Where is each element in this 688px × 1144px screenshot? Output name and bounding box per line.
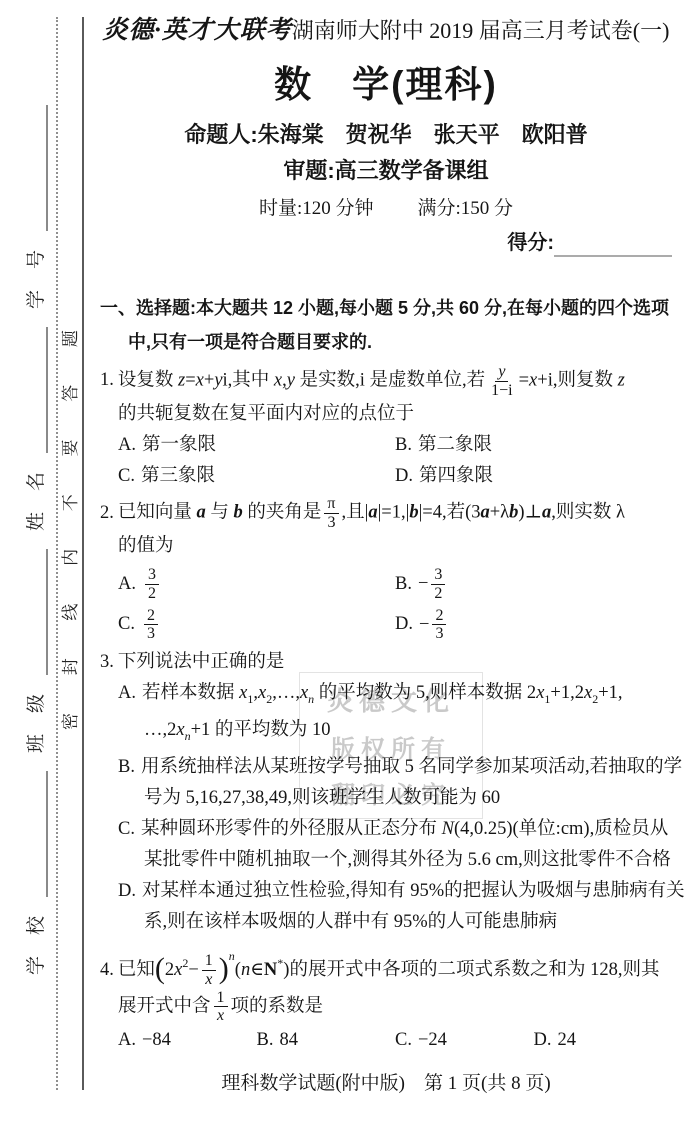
class-label: 班 级 — [21, 693, 48, 753]
text-run: ,且| — [342, 503, 369, 523]
option-cell: C.23 — [118, 607, 395, 643]
subscript-group: x1 — [536, 683, 550, 703]
duration: 时量:120 分钟 — [259, 198, 374, 219]
text-run: 项的系数是 — [231, 996, 324, 1016]
score-blank-line — [554, 235, 672, 257]
text-run: + — [204, 370, 214, 390]
text-run: 的夹角是 — [243, 503, 322, 523]
text-run: +1 的平均数为 10 — [191, 720, 331, 740]
sub-base: x — [300, 683, 308, 703]
option-cell: B.第二象限 — [395, 430, 672, 461]
section-header-line1: 一、选择题:本大题共 12 小题,每小题 5 分,共 60 分,在每小题的四个选… — [100, 291, 672, 325]
math-run: N — [442, 819, 454, 839]
subscript-group: xn — [300, 683, 314, 703]
math-run: y — [287, 370, 295, 390]
option-label: D. — [118, 881, 136, 901]
option-cell: B.84 — [257, 1025, 396, 1056]
option-line: C.某种圆环形零件的外径服从正态分布 N(4,0.25)(单位:cm),质检员从 — [118, 814, 672, 845]
option-cell: A.32 — [118, 566, 395, 602]
seal-char: 答 — [56, 385, 81, 402]
section-header-line2: 中,只有一项是符合题目要求的. — [128, 325, 672, 359]
seal-char: 线 — [56, 604, 81, 621]
text-run: 已知向量 — [118, 503, 197, 523]
text-run: +i,则复数 — [537, 370, 617, 390]
text-run: 对某样本通过独立性检验,得知有 95%的把握认为吸烟与患肺病有关 — [142, 881, 685, 901]
fraction-numerator: 2 — [432, 607, 446, 626]
school-blank-line — [24, 771, 48, 897]
text-run: )的展开式中各项的二项式系数之和为 128,则其 — [283, 960, 659, 980]
text-run: − — [188, 960, 198, 980]
text-run: |=1,| — [378, 503, 410, 523]
seal-char: 题 — [56, 330, 81, 347]
text-run: 第四象限 — [419, 466, 493, 486]
option-line: D.对某样本通过独立性检验,得知有 95%的把握认为吸烟与患肺病有关 — [118, 876, 672, 907]
fraction: 32 — [431, 566, 445, 602]
fraction-numerator: y — [495, 363, 508, 382]
text-run: 下列说法中正确的是 — [118, 652, 285, 672]
fraction: y1−i — [488, 363, 515, 399]
section-one-header: 一、选择题:本大题共 12 小题,每小题 5 分,共 60 分,在每小题的四个选… — [100, 291, 672, 359]
fraction: π3 — [324, 495, 338, 531]
text-run: 用系统抽样法从某班按学号抽取 5 名同学参加某项活动,若抽取的学 — [141, 757, 682, 777]
text-run: −84 — [142, 1030, 171, 1050]
fraction-denominator: 3 — [324, 514, 338, 532]
text-run: 第二象限 — [418, 435, 492, 455]
option-label: A. — [118, 683, 136, 703]
exam-series-title: 炎德·英才大联考湖南师大附中 2019 届高三月考试卷(一) — [100, 14, 672, 51]
fraction-denominator: x — [214, 1007, 227, 1025]
text-run: ∈ — [250, 960, 264, 980]
vector-run: a — [368, 503, 377, 523]
option-cell: D.24 — [534, 1025, 673, 1056]
option-label: B. — [257, 1030, 274, 1050]
text-run: 设复数 — [118, 370, 178, 390]
math-run: n — [241, 960, 250, 980]
text-run: 第一象限 — [142, 435, 216, 455]
name-label: 姓 名 — [21, 471, 48, 531]
school-label: 学 校 — [21, 915, 48, 975]
option-label: B. — [118, 757, 135, 777]
text-run: 的平均数为 5,则样本数据 2 — [314, 683, 536, 703]
text-run: 系,则在该样本吸烟的人群中有 95%的人可能患肺病 — [144, 912, 557, 932]
option-cell: C.第三象限 — [118, 461, 395, 492]
seal-char: 内 — [56, 549, 81, 566]
seal-char: 不 — [56, 494, 81, 511]
vector-run: b — [234, 503, 243, 523]
text-run: ,则实数 λ — [551, 503, 625, 523]
question-line: 2.已知向量 a 与 b 的夹角是π3,且|a|=1,|b|=4,若(3a+λb… — [100, 495, 672, 531]
option-cell: C.−24 — [395, 1025, 534, 1056]
option-cell: D.−23 — [395, 607, 672, 643]
fraction-denominator: 1−i — [488, 382, 515, 400]
text-run: +λ — [490, 503, 509, 523]
exam-title-rest: 湖南师大附中 2019 届高三月考试卷(一) — [292, 18, 670, 43]
option-cell: A.−84 — [118, 1025, 257, 1056]
sub-base: x — [584, 683, 592, 703]
text-run: 2 — [165, 960, 174, 980]
seal-char: 封 — [56, 658, 81, 675]
name-blank-line — [24, 327, 48, 453]
option-label: A. — [118, 1030, 136, 1050]
text-run: = — [519, 370, 529, 390]
question-line-continued: 的值为 — [118, 531, 672, 562]
option-label: D. — [395, 466, 413, 486]
fraction-numerator: 2 — [144, 607, 158, 626]
question-number: 3. — [100, 652, 114, 672]
text-run: 84 — [279, 1030, 298, 1050]
brand-name: 炎德·英才大联考 — [103, 17, 292, 44]
math-run: y — [214, 370, 222, 390]
option-label: D. — [534, 1030, 552, 1050]
questions-area: 1.设复数 z=x+yi,其中 x,y 是实数,i 是虚数单位,若y1−i=x+… — [100, 363, 672, 1056]
text-run: 24 — [558, 1030, 577, 1050]
class-blank-line — [24, 549, 48, 675]
option-label: B. — [395, 435, 412, 455]
text-run: − — [419, 614, 429, 634]
options-row: A.第一象限B.第二象限C.第三象限D.第四象限 — [118, 430, 672, 492]
text-run: 某批零件中随机抽取一个,测得其外径为 5.6 cm,则这批零件不合格 — [144, 850, 671, 870]
subscript-group: x2 — [584, 683, 598, 703]
text-run: 已知 — [118, 960, 155, 980]
fraction-denominator: 3 — [432, 625, 446, 643]
fraction: 32 — [145, 566, 159, 602]
option-label: C. — [118, 614, 135, 634]
text-run: +1,2 — [550, 683, 584, 703]
student-number-blank-line — [24, 105, 48, 231]
fraction-denominator: 3 — [144, 625, 158, 643]
question-line-continued: 展开式中含1x项的系数是 — [118, 989, 672, 1025]
option-cell: A.第一象限 — [118, 430, 395, 461]
main-content: 炎德·英才大联考湖南师大附中 2019 届高三月考试卷(一) 数 学(理科) 命… — [100, 14, 672, 1098]
bold-run: N — [264, 960, 277, 980]
vector-run: a — [542, 503, 551, 523]
subscript-group: x1 — [239, 683, 253, 703]
question-setters: 命题人:朱海棠 贺祝华 张天平 欧阳普 — [100, 121, 672, 149]
text-run: − — [418, 574, 428, 594]
superscript-group: x2 — [174, 960, 188, 980]
exam-page: 学 校 班 级 姓 名 学 号 密 封 线 内 不 要 答 题 炎德文化 版权所… — [0, 0, 688, 1144]
seal-char: 要 — [56, 439, 81, 456]
vector-run: a — [197, 503, 206, 523]
close-paren: ) — [219, 952, 229, 985]
student-info-column: 学 校 班 级 姓 名 学 号 — [18, 105, 48, 975]
text-run: ,…, — [272, 683, 300, 703]
math-run: z — [618, 370, 625, 390]
question-number: 2. — [100, 503, 114, 523]
seal-char: 密 — [56, 713, 81, 730]
sub-base: x — [258, 683, 266, 703]
text-run: 与 — [206, 503, 234, 523]
subject-title: 数 学(理科) — [100, 61, 672, 109]
page-footer: 理科数学试题(附中版) 第 1 页(共 8 页) — [100, 1070, 672, 1098]
score-label: 得分: — [507, 232, 554, 254]
fraction: 23 — [144, 607, 158, 643]
seal-line-text: 密 封 线 内 不 要 答 题 — [56, 330, 80, 730]
question-number: 1. — [100, 370, 114, 390]
fraction-denominator: x — [202, 971, 215, 989]
question-line: 1.设复数 z=x+yi,其中 x,y 是实数,i 是虚数单位,若y1−i=x+… — [100, 363, 672, 399]
fraction-numerator: 1 — [214, 989, 228, 1008]
option-label: A. — [118, 574, 136, 594]
vector-run: a — [481, 503, 490, 523]
question-line-continued: 的共轭复数在复平面内对应的点位于 — [118, 399, 672, 430]
margin-solid-line — [82, 17, 84, 1090]
fraction-numerator: 1 — [202, 952, 216, 971]
options-row: A.−84B.84C.−24D.24 — [118, 1025, 672, 1056]
option-line-continued: 号为 5,16,27,38,49,则该班学生人数可能为 60 — [144, 783, 672, 814]
math-run: x — [196, 370, 204, 390]
text-run: 的共轭复数在复平面内对应的点位于 — [118, 404, 414, 424]
fraction-numerator: π — [324, 495, 338, 514]
option-label: D. — [395, 614, 413, 634]
text-run: 展开式中含 — [118, 996, 211, 1016]
option-cell: D.第四象限 — [395, 461, 672, 492]
text-run: 是实数,i 是虚数单位,若 — [295, 370, 485, 390]
text-run: 号为 5,16,27,38,49,则该班学生人数可能为 60 — [144, 788, 500, 808]
question-line: 4.已知(2x2−1x)n(n∈N*)的展开式中各项的二项式系数之和为 128,… — [100, 941, 672, 989]
text-run: = — [185, 370, 195, 390]
fraction: 1x — [202, 952, 216, 988]
option-line-continued: …,2xn+1 的平均数为 10 — [144, 715, 672, 752]
option-line: B.用系统抽样法从某班按学号抽取 5 名同学参加某项活动,若抽取的学 — [118, 752, 672, 783]
reviewer-line: 审题:高三数学备课组 — [100, 157, 672, 185]
full-marks: 满分:150 分 — [418, 198, 514, 219]
text-run: 若样本数据 — [142, 683, 239, 703]
text-run: (4,0.25)(单位:cm),质检员从 — [454, 819, 668, 839]
parenthesized-expression: (2x2−1x)n — [155, 960, 235, 980]
option-line-continued: 系,则在该样本吸烟的人群中有 95%的人可能患肺病 — [144, 907, 672, 938]
fraction: 23 — [432, 607, 446, 643]
sub-base: x — [176, 720, 184, 740]
text-run: i,其中 — [223, 370, 274, 390]
text-run: )⊥ — [518, 503, 542, 523]
question-line: 3.下列说法中正确的是 — [100, 647, 672, 678]
text-run: 某种圆环形零件的外径服从正态分布 — [141, 819, 442, 839]
text-run: …,2 — [144, 720, 176, 740]
option-label: C. — [395, 1030, 412, 1050]
vector-run: b — [409, 503, 418, 523]
fraction: 1x — [214, 989, 228, 1025]
text-run: 的值为 — [118, 536, 174, 556]
fraction-numerator: 3 — [145, 566, 159, 585]
math-run: x — [274, 370, 282, 390]
question-number: 4. — [100, 960, 114, 980]
text-run: |=4,若(3 — [419, 503, 481, 523]
text-run: 第三象限 — [141, 466, 215, 486]
option-label: C. — [118, 819, 135, 839]
subscript-group: xn — [176, 720, 190, 740]
option-label: A. — [118, 435, 136, 455]
fraction-denominator: 2 — [431, 585, 445, 603]
student-number-label: 学 号 — [21, 249, 48, 309]
open-paren: ( — [155, 952, 165, 985]
option-label: B. — [395, 574, 412, 594]
options-row: A.32B.−32C.23D.−23 — [118, 566, 672, 642]
option-line: A.若样本数据 x1,x2,…,xn 的平均数为 5,则样本数据 2x1+1,2… — [118, 678, 672, 715]
subscript-group: x2 — [258, 683, 272, 703]
fraction-denominator: 2 — [145, 585, 159, 603]
text-run: −24 — [418, 1030, 447, 1050]
score-row: 得分: — [100, 229, 672, 257]
text-run: +1, — [598, 683, 622, 703]
option-line-continued: 某批零件中随机抽取一个,测得其外径为 5.6 cm,则这批零件不合格 — [144, 845, 672, 876]
fraction-numerator: 3 — [431, 566, 445, 585]
option-cell: B.−32 — [395, 566, 672, 602]
option-label: C. — [118, 466, 135, 486]
time-and-marks: 时量:120 分钟满分:150 分 — [100, 197, 672, 221]
